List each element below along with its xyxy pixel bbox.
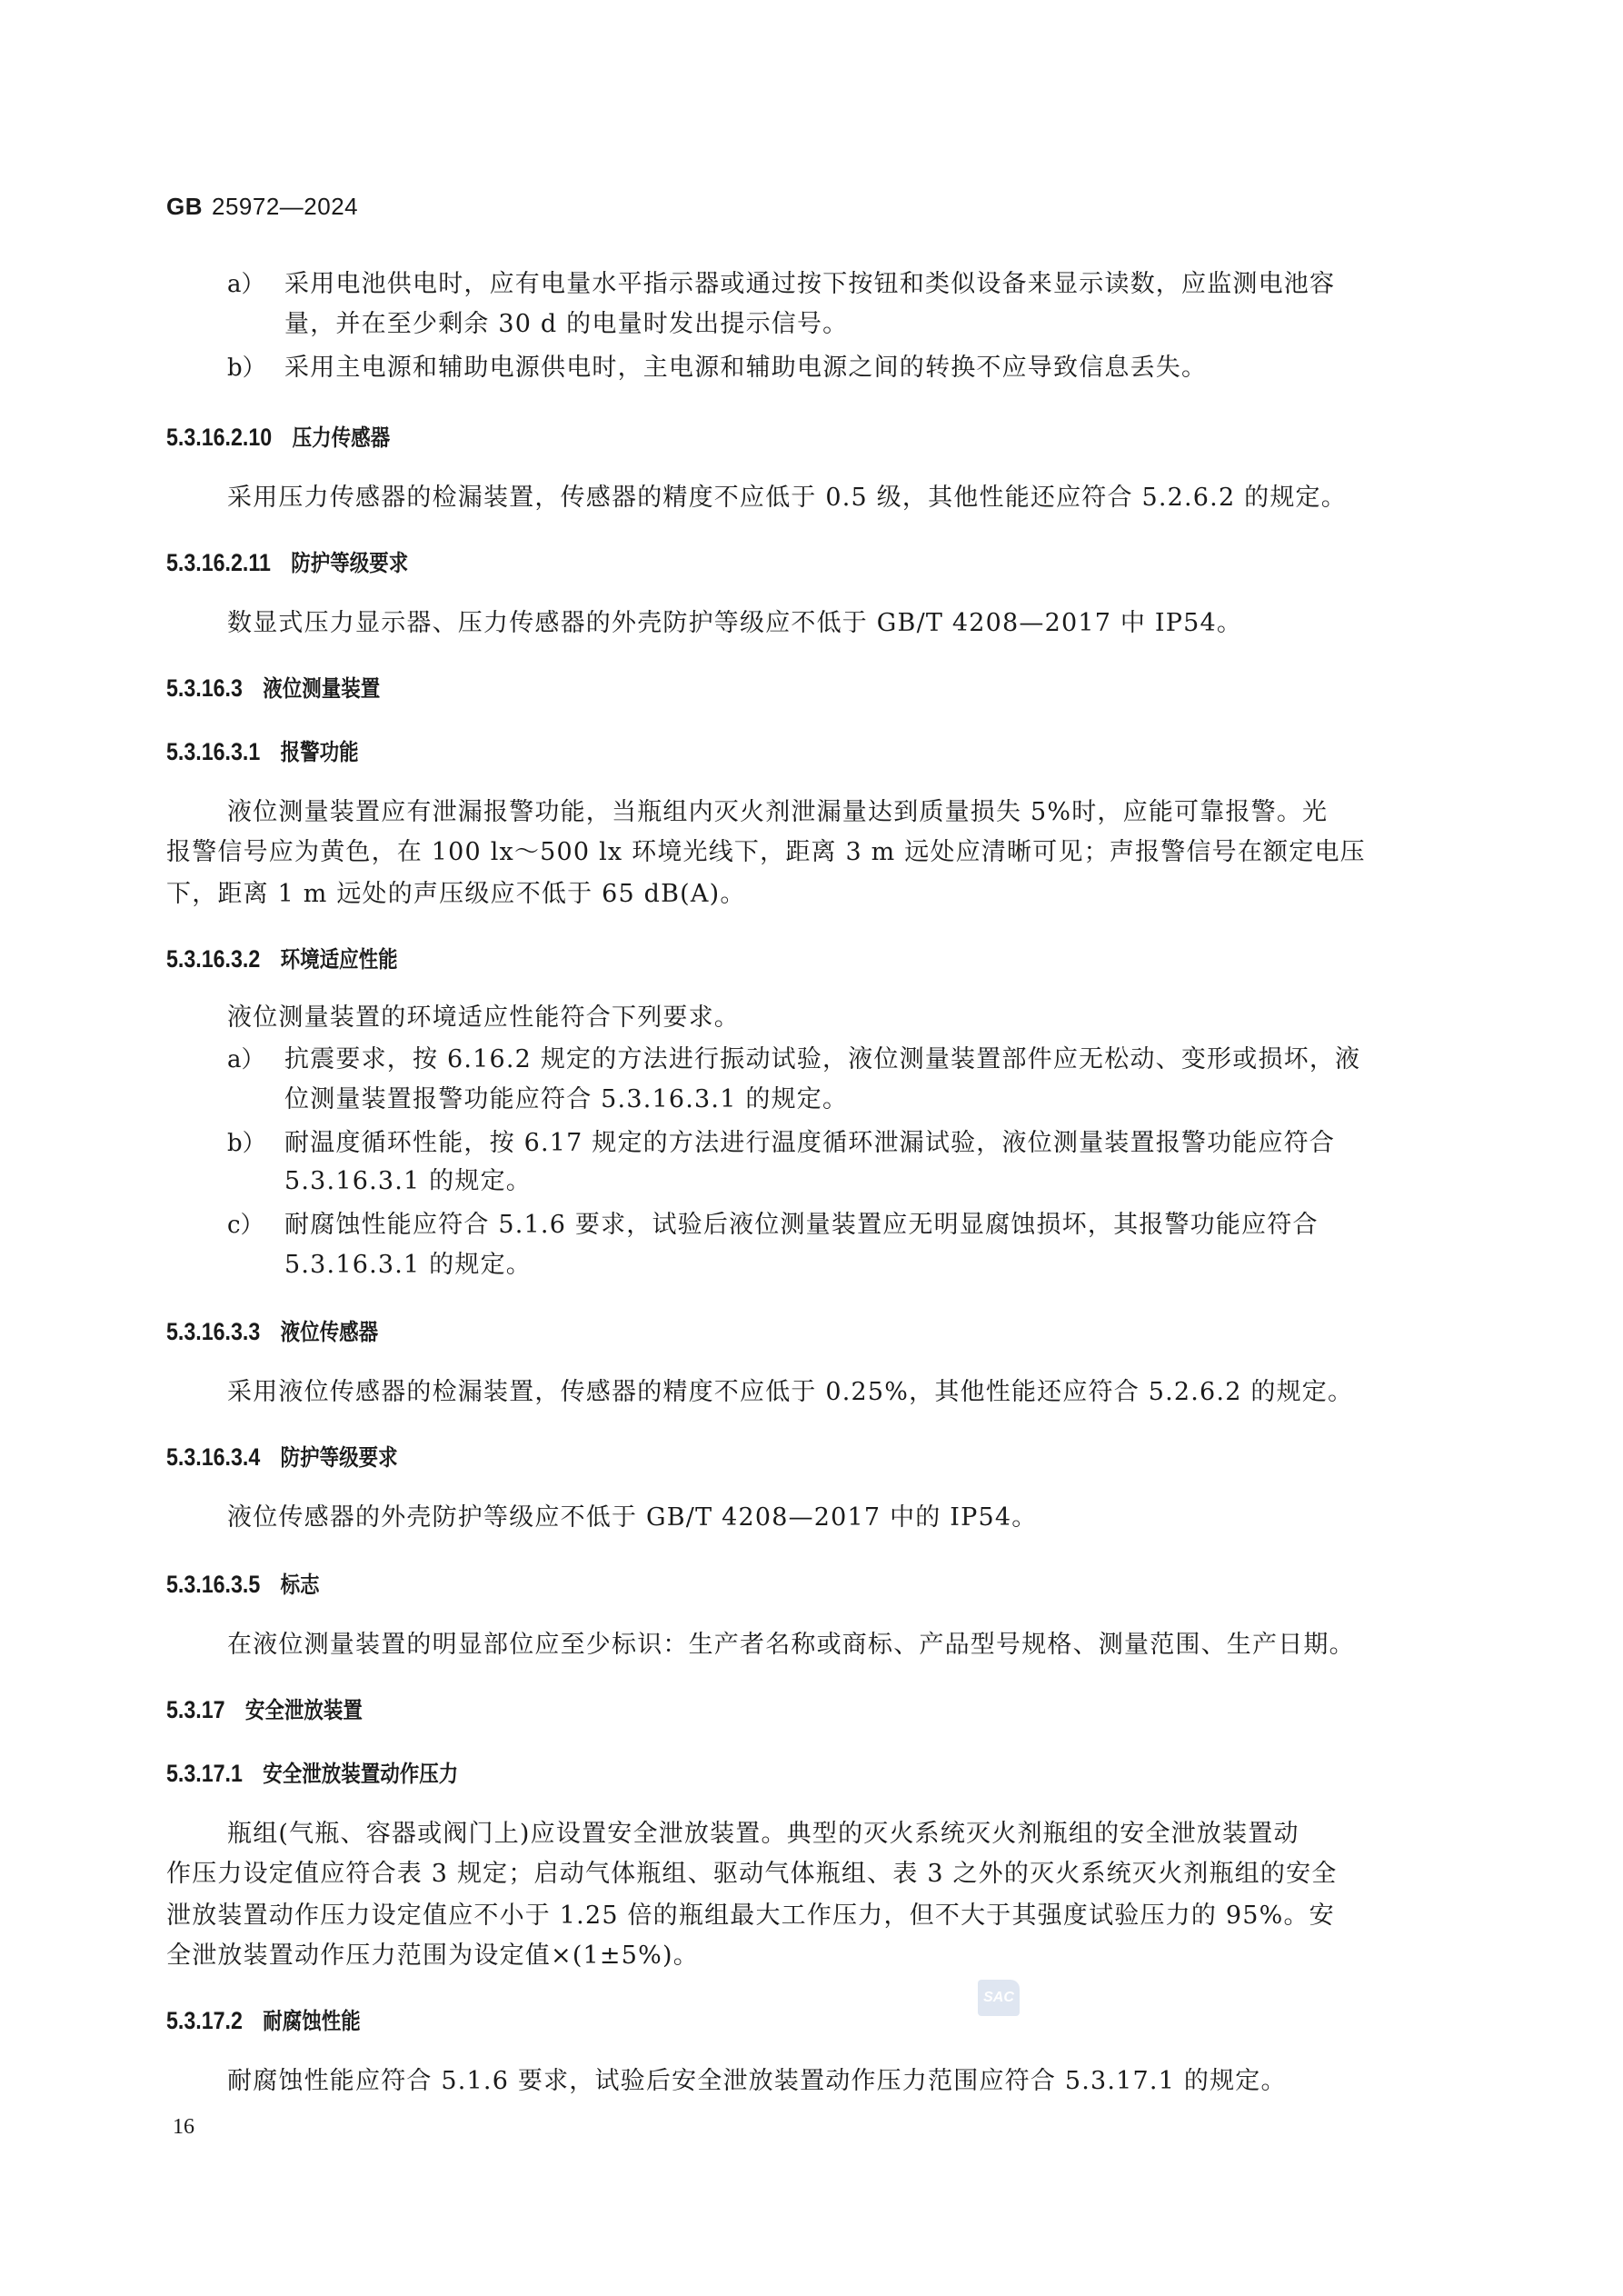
- section-number: 5.3.17.1: [166, 1760, 243, 1787]
- paragraph: 采用液位传感器的检漏装置，传感器的精度不应低于 0.25%，其他性能还应符合 5…: [227, 1377, 1353, 1408]
- section-heading: 5.3.16.3.4防护等级要求: [166, 1440, 398, 1472]
- paragraph: 液位传感器的外壳防护等级应不低于 GB/T 4208—2017 中的 IP54。: [227, 1502, 1037, 1533]
- page-number: 16: [173, 2115, 194, 2140]
- list-item-text: 耐温度循环性能，按 6.17 规定的方法进行温度循环泄漏试验，液位测量装置报警功…: [284, 1128, 1335, 1159]
- section-heading: 5.3.16.3.1报警功能: [166, 734, 359, 767]
- list-item-text: 采用主电源和辅助电源供电时，主电源和辅助电源之间的转换不应导致信息丢失。: [284, 353, 1207, 384]
- paragraph: 液位测量装置的环境适应性能符合下列要求。: [227, 1003, 740, 1033]
- list-label: a）: [227, 269, 265, 300]
- paragraph: 液位测量装置应有泄漏报警功能，当瓶组内灭火剂泄漏量达到质量损失 5%时，应能可靠…: [227, 797, 1328, 828]
- section-heading: 5.3.17.1安全泄放装置动作压力: [166, 1756, 458, 1789]
- section-number: 5.3.16.2.11: [166, 549, 271, 576]
- section-heading: 5.3.16.3液位测量装置: [166, 671, 380, 704]
- section-title: 防护等级要求: [281, 1444, 398, 1471]
- standard-code-header: GB25972—2024: [166, 193, 358, 221]
- section-number: 5.3.16.3.2: [166, 945, 260, 973]
- section-title: 液位传感器: [281, 1319, 379, 1345]
- paragraph: 耐腐蚀性能应符合 5.1.6 要求，试验后安全泄放装置动作压力范围应符合 5.3…: [227, 2066, 1287, 2097]
- paragraph: 采用压力传感器的检漏装置，传感器的精度不应低于 0.5 级，其他性能还应符合 5…: [227, 483, 1347, 514]
- list-item-text: 位测量装置报警功能应符合 5.3.16.3.1 的规定。: [284, 1084, 848, 1115]
- section-number: 5.3.17: [166, 1696, 225, 1723]
- list-item-text: 5.3.16.3.1 的规定。: [284, 1250, 532, 1281]
- section-heading: 5.3.17.2耐腐蚀性能: [166, 2003, 361, 2036]
- section-title: 安全泄放装置动作压力: [263, 1761, 458, 1787]
- paragraph: 在液位测量装置的明显部位应至少标识：生产者名称或商标、产品型号规格、测量范围、生…: [227, 1630, 1355, 1661]
- paragraph-continuation: 泄放装置动作压力设定值应不小于 1.25 倍的瓶组最大工作压力，但不大于其强度试…: [166, 1901, 1335, 1932]
- section-title: 标志: [281, 1572, 320, 1598]
- paragraph: 数显式压力显示器、压力传感器的外壳防护等级应不低于 GB/T 4208—2017…: [227, 608, 1242, 639]
- section-title: 液位测量装置: [263, 675, 380, 702]
- section-number: 5.3.16.3.5: [166, 1571, 260, 1598]
- sac-watermark-logo: SAC: [978, 1980, 1020, 2016]
- section-heading: 5.3.17安全泄放装置: [166, 1692, 363, 1725]
- paragraph-continuation: 全泄放装置动作压力范围为设定值×(1±5%)。: [166, 1941, 699, 1972]
- list-item-text: 5.3.16.3.1 的规定。: [284, 1166, 532, 1197]
- section-number: 5.3.16.3.1: [166, 738, 260, 765]
- standard-prefix: GB: [166, 193, 203, 220]
- standard-number: 25972—2024: [212, 193, 358, 220]
- list-item-text: 量，并在至少剩余 30 d 的电量时发出提示信号。: [284, 309, 848, 340]
- paragraph-continuation: 报警信号应为黄色，在 100 lx～500 lx 环境光线下，距离 3 m 远处…: [166, 837, 1366, 868]
- section-heading: 5.3.16.3.5标志: [166, 1567, 320, 1600]
- section-title: 环境适应性能: [281, 946, 398, 973]
- section-number: 5.3.16.3: [166, 674, 243, 702]
- section-title: 压力传感器: [293, 424, 391, 451]
- list-item-text: 耐腐蚀性能应符合 5.1.6 要求，试验后液位测量装置应无明显腐蚀损坏，其报警功…: [284, 1210, 1319, 1241]
- list-item-text: 采用电池供电时，应有电量水平指示器或通过按下按钮和类似设备来显示读数，应监测电池…: [284, 269, 1335, 300]
- section-number: 5.3.16.2.10: [166, 424, 272, 451]
- section-number: 5.3.16.3.3: [166, 1318, 260, 1345]
- paragraph-continuation: 下，距离 1 m 远处的声压级应不低于 65 dB(A)。: [166, 879, 746, 910]
- list-label: a）: [227, 1044, 265, 1075]
- section-title: 防护等级要求: [291, 550, 408, 576]
- list-label: b）: [227, 1128, 266, 1159]
- section-heading: 5.3.16.3.2环境适应性能: [166, 942, 398, 974]
- list-item-text: 抗震要求，按 6.16.2 规定的方法进行振动试验，液位测量装置部件应无松动、变…: [284, 1044, 1360, 1075]
- section-title: 报警功能: [281, 739, 359, 765]
- section-heading: 5.3.16.2.10压力传感器: [166, 420, 390, 453]
- list-label: b）: [227, 353, 266, 384]
- section-number: 5.3.16.3.4: [166, 1443, 260, 1471]
- list-label: c）: [227, 1210, 264, 1241]
- section-heading: 5.3.16.3.3液位传感器: [166, 1314, 378, 1347]
- section-number: 5.3.17.2: [166, 2007, 243, 2034]
- document-page: GB25972—2024 a） 采用电池供电时，应有电量水平指示器或通过按下按钮…: [0, 0, 1623, 2296]
- paragraph: 瓶组(气瓶、容器或阀门上)应设置安全泄放装置。典型的灭火系统灭火剂瓶组的安全泄放…: [227, 1819, 1299, 1850]
- paragraph-continuation: 作压力设定值应符合表 3 规定；启动气体瓶组、驱动气体瓶组、表 3 之外的灭火系…: [166, 1859, 1337, 1890]
- section-title: 安全泄放装置: [245, 1697, 363, 1723]
- section-heading: 5.3.16.2.11防护等级要求: [166, 545, 408, 578]
- section-title: 耐腐蚀性能: [263, 2008, 361, 2034]
